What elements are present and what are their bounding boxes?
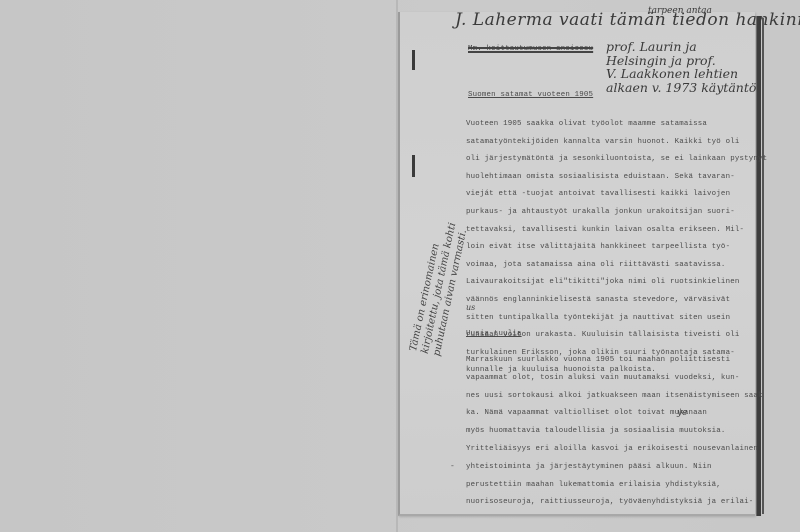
text-line: väännös englanninkielisestä sanasta stev… [466, 292, 767, 310]
text-line: Laivaurakoitsijat eli"tikitti"joka nimi … [466, 274, 767, 292]
text-line: oli järjestymätöntä ja sesonkiluontoista… [466, 151, 767, 169]
section-heading-1: Suomen satamat vuoteen 1905 [468, 91, 593, 99]
text-line: voimaa, jota satamaissa aina oli riittäv… [466, 257, 767, 275]
text-line: huolehtimaan omista sosiaalisista eduist… [466, 169, 767, 187]
text-line: vapaammat olot, tosin aluksi vain muutam… [466, 370, 763, 388]
section-heading-2: Uusia tuulia [466, 330, 522, 338]
section-2-body: Marraskuun suurlakko vuonna 1905 toi maa… [466, 352, 763, 512]
text-line: sitten tuntipalkalla työntekijät ja naut… [466, 310, 767, 328]
text-line: satamatyöntekijöiden kannalta varsin huo… [466, 134, 767, 152]
note-line: alkaen v. 1973 käytäntö [606, 81, 756, 95]
text-line: Vuoteen 1905 saakka olivat työolot maamm… [466, 116, 767, 134]
text-line: tettavaksi, tavallisesti kunkin laivan o… [466, 222, 767, 240]
text-line: nuorisoseuroja, raittiusseuroja, työväen… [466, 494, 763, 512]
text-line: vieját että -tuojat antoivat tavallisest… [466, 186, 767, 204]
text-line: Yritteliäisyys eri aloilla kasvoi ja eri… [466, 441, 763, 459]
text-line: myös huomattavia taloudellisia ja sosiaa… [466, 423, 763, 441]
handwritten-insertion: tarpeen antaa [648, 6, 712, 16]
text-line: purkaus- ja ahtaustyöt urakalla jonkun u… [466, 204, 767, 222]
text-line: loin eivät itse välittäjäitä hankkineet … [466, 239, 767, 257]
struck-heading: Mm. koittautumusen ancioesu [468, 45, 593, 53]
note-line: Helsingin ja prof. [606, 54, 756, 68]
section-1-body: Vuoteen 1905 saakka olivat työolot maamm… [466, 116, 767, 380]
text-line: nes uusi sortokausi alkoi jatkuakseen ma… [466, 388, 763, 406]
text-line: perustettiin maahan lukemattomia erilais… [466, 477, 763, 495]
handwritten-note-right: prof. Laurin ja Helsingin ja prof. V. La… [606, 40, 756, 94]
staple-mark [412, 50, 415, 70]
staple-mark [412, 155, 415, 177]
note-line: prof. Laurin ja [606, 40, 756, 54]
margin-dash: - [450, 462, 455, 471]
note-line: V. Laakkonen lehtien [606, 67, 756, 81]
text-line: ka. Nämä vapaammat valtiolliset olot toi… [466, 405, 763, 423]
text-line: Marraskuun suurlakko vuonna 1905 toi maa… [466, 352, 763, 370]
text-line: yhteistoiminta ja järjestäytyminen pääsi… [466, 459, 763, 477]
handwritten-title: J. Laherma vaati tämän tiedon hankinnall… [455, 10, 800, 30]
